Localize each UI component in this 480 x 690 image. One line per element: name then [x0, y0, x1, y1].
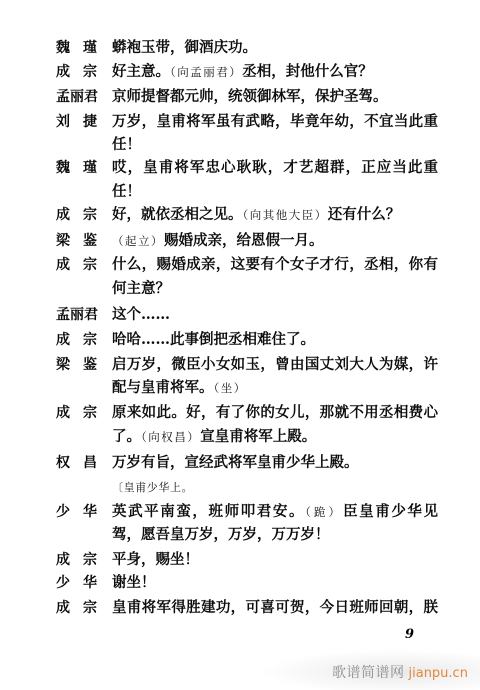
dialogue-text: 原来如此。好，有了你的女儿，那就不用丞相费心	[112, 403, 438, 423]
dialogue-text: 〔皇甫少华上。	[112, 477, 438, 498]
speaker-name: 魏瑾	[56, 38, 110, 58]
speaker-name: 成宗	[56, 62, 110, 82]
speech-text: 万岁，皇甫将军虽有武略，毕竟年幼，不宜当此重	[112, 113, 438, 130]
speaker-name: 少华	[56, 573, 110, 593]
dialogue-text: 启万岁，微臣小女如玉，曾由国丈刘大人为媒，许	[112, 355, 438, 375]
dialogue-text: 谢坐！	[112, 573, 438, 593]
dialogue-line: 刘捷 万岁，皇甫将军虽有武略，毕竟年幼，不宜当此重	[0, 112, 480, 132]
speech-text: 好主意。	[112, 63, 170, 80]
dialogue-text: 驾，愿吾皇万岁，万岁，万万岁！	[112, 525, 438, 545]
speech-text: 原来如此。好，有了你的女儿，那就不用丞相费心	[112, 404, 438, 421]
dialogue-text: 蟒袍玉带，御酒庆功。	[112, 38, 438, 58]
stage-direction: （起立）	[112, 234, 164, 248]
speaker-name: 成宗	[56, 598, 110, 618]
dialogue-line: 成宗 好主意。（向孟丽君）丞相，封他什么官？	[0, 62, 480, 82]
stage-direction-line: 〔皇甫少华上。	[0, 477, 480, 497]
speaker-name: 成宗	[56, 205, 110, 225]
speaker-name: 成宗	[56, 255, 110, 275]
speaker-name: 成宗	[56, 330, 110, 350]
dialogue-line: 梁鉴 （起立）赐婚成亲，给恩假一月。	[0, 231, 480, 251]
dialogue-text: 皇甫将军得胜建功，可喜可贺，今日班师回朝，朕	[112, 598, 438, 618]
stage-direction: （向权昌）	[141, 430, 200, 444]
speaker-name: 刘捷	[56, 112, 110, 132]
dialogue-line: 魏瑾 哎，皇甫将军忠心耿耿，才艺超群，正应当此重	[0, 158, 480, 178]
dialogue-text: 配与皇甫将军。（坐）	[112, 378, 438, 398]
dialogue-text: 这个……	[112, 305, 438, 325]
speaker-name: 魏瑾	[56, 158, 110, 178]
speech-text: 任！	[112, 136, 141, 153]
speech-text: 这个……	[112, 306, 170, 323]
speech-text: 了。	[112, 428, 141, 445]
dialogue-text: （起立）赐婚成亲，给恩假一月。	[112, 231, 438, 251]
dialogue-text: 京师提督都元帅，统领御林军，保护圣驾。	[112, 87, 438, 107]
dialogue-line: 孟丽君 这个……	[0, 305, 480, 325]
speech-text: 哈哈……此事倒把丞相难住了。	[112, 331, 315, 348]
dialogue-line: 成宗 皇甫将军得胜建功，可喜可贺，今日班师回朝，朕	[0, 598, 480, 618]
speaker-name: 梁鉴	[56, 355, 110, 375]
watermark: 歌谱简谱网jianpu.cn	[332, 663, 468, 683]
dialogue-line: 成宗 平身，赐坐！	[0, 550, 480, 570]
speech-text: 赐婚成亲，给恩假一月。	[164, 232, 324, 249]
dialogue-text: 哎，皇甫将军忠心耿耿，才艺超群，正应当此重	[112, 158, 438, 178]
speech-text: 还有什么？	[328, 206, 401, 223]
dialogue-line: 成宗 原来如此。好，有了你的女儿，那就不用丞相费心	[0, 403, 480, 423]
dialogue-continuation-line: 驾，愿吾皇万岁，万岁，万万岁！	[0, 525, 480, 545]
speech-text: 何主意？	[112, 280, 170, 297]
dialogue-line: 少华 谢坐！	[0, 573, 480, 593]
dialogue-line: 成宗 好，就依丞相之见。（向其他大臣）还有什么？	[0, 205, 480, 225]
speaker-name: 梁鉴	[56, 231, 110, 251]
script-page: 魏瑾 蟒袍玉带，御酒庆功。 成宗 好主意。（向孟丽君）丞相，封他什么官？ 孟丽君…	[0, 0, 480, 690]
stage-direction: （跪）	[305, 505, 343, 519]
dialogue-line: 孟丽君 京师提督都元帅，统领御林军，保护圣驾。	[0, 87, 480, 107]
dialogue-text: 好，就依丞相之见。（向其他大臣）还有什么？	[112, 205, 438, 225]
watermark-domain: jianpu.cn	[409, 666, 468, 681]
speech-text: 蟒袍玉带，御酒庆功。	[112, 39, 257, 56]
dialogue-line: 成宗 什么，赐婚成亲，这要有个女子才行，丞相，你有	[0, 255, 480, 275]
dialogue-line: 成宗 哈哈……此事倒把丞相难住了。	[0, 330, 480, 350]
dialogue-text: 任！	[112, 135, 438, 155]
speaker-name: 成宗	[56, 550, 110, 570]
dialogue-line: 少华 英武平南蛮，班师叩君安。（跪）臣皇甫少华见	[0, 502, 480, 522]
speech-text: 京师提督都元帅，统领御林军，保护圣驾。	[112, 88, 388, 105]
speaker-name: 成宗	[56, 403, 110, 423]
dialogue-text: 了。（向权昌）宣皇甫将军上殿。	[112, 427, 438, 447]
speaker-name: 孟丽君	[56, 305, 98, 325]
speaker-name: 权昌	[56, 453, 110, 473]
speech-text: 皇甫将军得胜建功，可喜可贺，今日班师回朝，朕	[112, 599, 438, 616]
dialogue-text: 万岁，皇甫将军虽有武略，毕竟年幼，不宜当此重	[112, 112, 438, 132]
speech-text: 英武平南蛮，班师叩君安。	[112, 503, 305, 520]
dialogue-text: 任！	[112, 182, 438, 202]
dialogue-continuation-line: 了。（向权昌）宣皇甫将军上殿。	[0, 427, 480, 447]
speech-text: 配与皇甫将军。	[112, 379, 214, 396]
speaker-name: 孟丽君	[56, 87, 98, 107]
dialogue-continuation-line: 配与皇甫将军。（坐）	[0, 378, 480, 398]
dialogue-continuation-line: 何主意？	[0, 279, 480, 299]
stage-direction: 〔皇甫少华上。	[112, 481, 193, 494]
speech-text: 哎，皇甫将军忠心耿耿，才艺超群，正应当此重	[112, 159, 438, 176]
speech-text: 启万岁，微臣小女如玉，曾由国丈刘大人为媒，许	[112, 356, 438, 373]
dialogue-continuation-line: 任！	[0, 182, 480, 202]
speaker-name: 少华	[56, 502, 110, 522]
dialogue-continuation-line: 任！	[0, 135, 480, 155]
dialogue-text: 好主意。（向孟丽君）丞相，封他什么官？	[112, 62, 438, 82]
stage-direction: （向其他大臣）	[243, 208, 328, 222]
dialogue-line: 梁鉴 启万岁，微臣小女如玉，曾由国丈刘大人为媒，许	[0, 355, 480, 375]
speech-text: 宣皇甫将军上殿。	[200, 428, 316, 445]
dialogue-line: 魏瑾 蟒袍玉带，御酒庆功。	[0, 38, 480, 58]
dialogue-text: 英武平南蛮，班师叩君安。（跪）臣皇甫少华见	[112, 502, 438, 522]
dialogue-text: 何主意？	[112, 279, 438, 299]
speech-text: 万岁有旨，宣经武将军皇甫少华上殿。	[112, 454, 359, 471]
dialogue-text: 平身，赐坐！	[112, 550, 438, 570]
page-number: 9	[405, 627, 414, 642]
speech-text: 驾，愿吾皇万岁，万岁，万万岁！	[112, 526, 330, 543]
stage-direction: （坐）	[214, 381, 247, 395]
speech-text: 臣皇甫少华见	[343, 503, 438, 520]
speech-text: 什么，赐婚成亲，这要有个女子才行，丞相，你有	[112, 256, 438, 273]
watermark-site-name: 歌谱简谱网	[332, 665, 405, 681]
speech-text: 任！	[112, 183, 141, 200]
dialogue-text: 哈哈……此事倒把丞相难住了。	[112, 330, 438, 350]
speech-text: 平身，赐坐！	[112, 551, 199, 568]
speech-text: 好，就依丞相之见。	[112, 206, 243, 223]
stage-direction: （向孟丽君）	[170, 65, 242, 79]
speech-text: 丞相，封他什么官？	[242, 63, 373, 80]
dialogue-line: 权昌 万岁有旨，宣经武将军皇甫少华上殿。	[0, 453, 480, 473]
dialogue-text: 什么，赐婚成亲，这要有个女子才行，丞相，你有	[112, 255, 438, 275]
dialogue-text: 万岁有旨，宣经武将军皇甫少华上殿。	[112, 453, 438, 473]
speech-text: 谢坐！	[112, 574, 156, 591]
